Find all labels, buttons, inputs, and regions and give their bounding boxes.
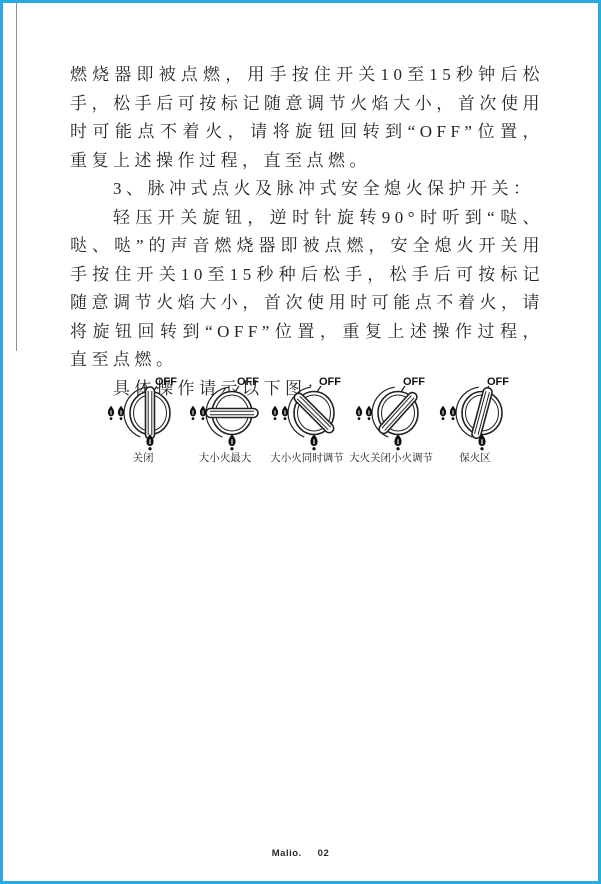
knob-graphic: OFF — [103, 373, 183, 451]
flame-icon — [394, 434, 401, 450]
knob-handle — [146, 387, 155, 439]
flame-icon — [450, 406, 456, 420]
brand-text: Malio. — [272, 848, 302, 859]
paragraph-section-heading: 3、脉冲式点火及脉冲式安全熄火保护开关： — [70, 175, 544, 204]
off-label: OFF — [237, 376, 259, 388]
flame-icon — [190, 406, 196, 420]
flame-icon — [310, 434, 317, 450]
flame-icon — [118, 406, 124, 420]
scan-artifact-line — [16, 3, 17, 351]
flame-icon — [108, 406, 114, 420]
flame-icon — [272, 406, 278, 420]
flame-icon — [282, 406, 288, 420]
knob-handle — [206, 409, 258, 418]
off-label: OFF — [155, 376, 177, 388]
page-footer: Malio. 02 — [3, 848, 598, 859]
knob-cell-max-flame: OFF 大小火最大 — [185, 373, 265, 465]
knob-cell-adjust-both: OFF 大小火同时调节 — [267, 373, 347, 465]
flame-icon — [200, 406, 206, 420]
knob-label: 大小火最大 — [199, 453, 252, 465]
knob-label: 大火关闭小火调节 — [349, 453, 433, 465]
knob-label: 保火区 — [459, 453, 491, 465]
knob-graphic: OFF — [435, 373, 515, 451]
knob-diagram-row: OFF 关闭 OFF — [103, 373, 515, 465]
knob-cell-keep-fire-zone: OFF 保火区 — [435, 373, 515, 465]
page-number: 02 — [318, 848, 330, 859]
paragraph: 燃烧器即被点燃，用手按住开关10至15秒钟后松手，松手后可按标记随意调节火焰大小… — [70, 61, 544, 175]
knob-label: 关闭 — [133, 453, 154, 465]
knob-graphic: OFF — [267, 373, 347, 451]
off-label: OFF — [319, 376, 341, 388]
paragraph: 轻压开关旋钮，逆时针旋转90°时听到“哒、哒、哒”的声音燃烧器即被点燃，安全熄火… — [70, 204, 544, 375]
manual-page: 燃烧器即被点燃，用手按住开关10至15秒钟后松手，松手后可按标记随意调节火焰大小… — [0, 0, 601, 884]
flame-icon — [440, 406, 446, 420]
flame-icon — [366, 406, 372, 420]
knob-graphic: OFF — [185, 373, 265, 451]
flame-icon — [228, 434, 235, 450]
off-label: OFF — [403, 376, 425, 388]
knob-graphic: OFF — [351, 373, 431, 451]
body-text: 燃烧器即被点燃，用手按住开关10至15秒钟后松手，松手后可按标记随意调节火焰大小… — [70, 61, 544, 403]
knob-label: 大小火同时调节 — [270, 453, 344, 465]
flame-icon — [356, 406, 362, 420]
off-label: OFF — [487, 376, 509, 388]
knob-cell-big-off-small-adjust: OFF 大火关闭小火调节 — [349, 373, 433, 465]
knob-cell-closed: OFF 关闭 — [103, 373, 183, 465]
